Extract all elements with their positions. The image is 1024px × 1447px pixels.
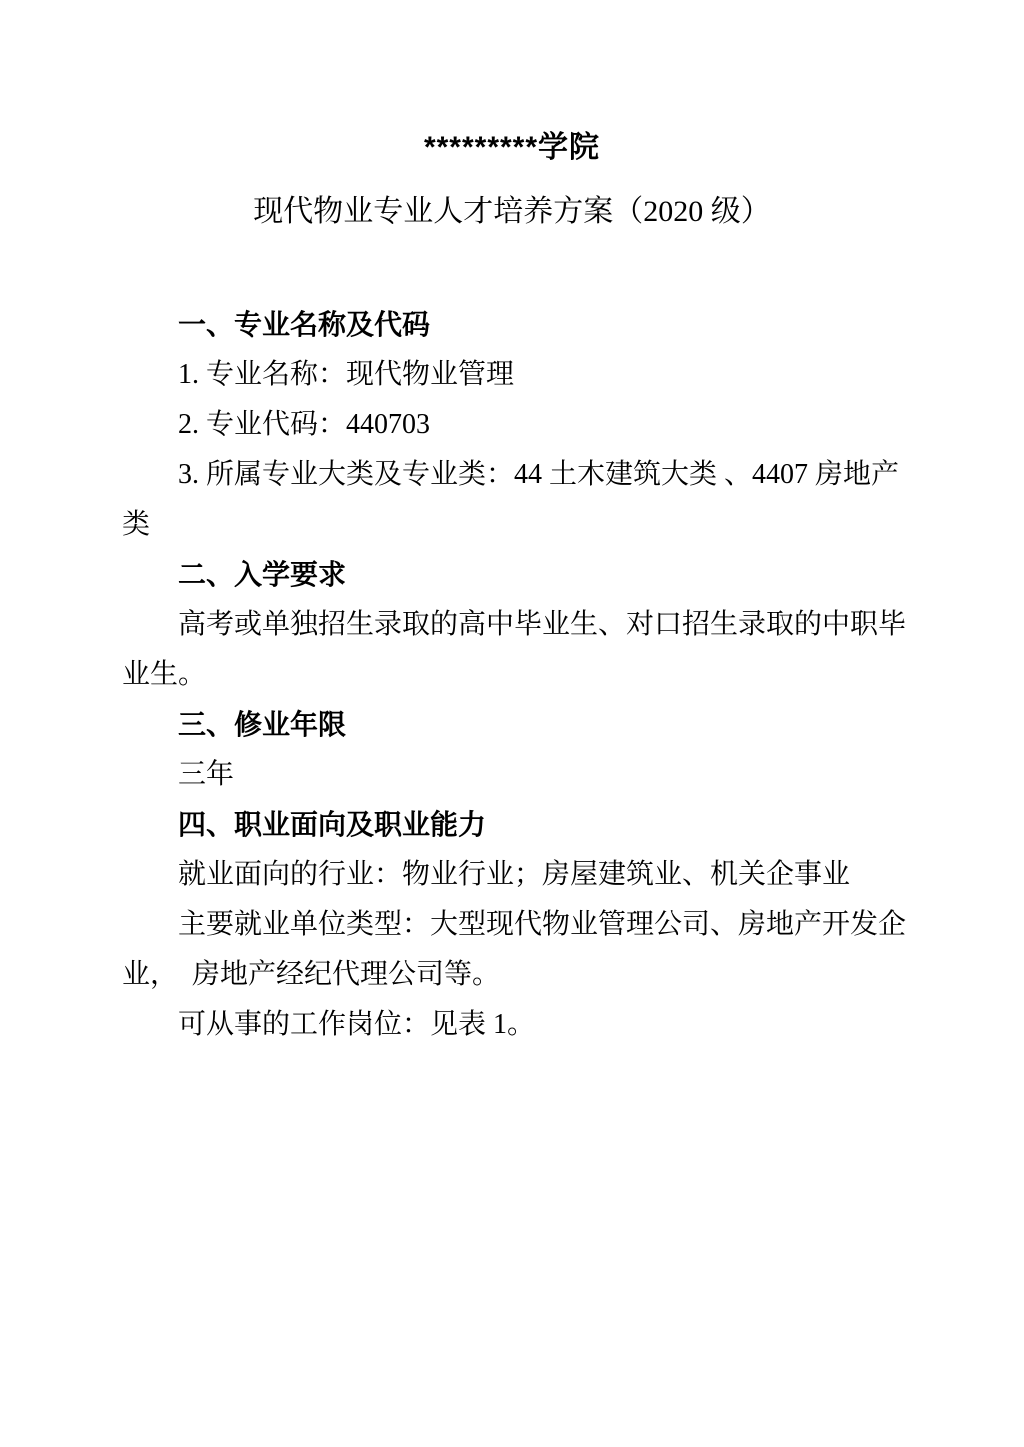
paragraph-employer-types-line1: 主要就业单位类型：大型现代物业管理公司、房地产开发企 <box>122 900 902 950</box>
section-heading-2: 二、入学要求 <box>122 550 902 600</box>
document-body: 一、专业名称及代码 1. 专业名称：现代物业管理 2. 专业代码：440703 … <box>122 300 902 1050</box>
paragraph-major-category-line2: 类 <box>122 500 902 550</box>
paragraph-major-code: 2. 专业代码：440703 <box>122 400 902 450</box>
paragraph-employment-industry: 就业面向的行业：物业行业；房屋建筑业、机关企事业 <box>122 850 902 900</box>
page-content: *********学院 现代物业专业人才培养方案（2020 级） 一、专业名称及… <box>0 0 1024 1447</box>
section-heading-3: 三、修业年限 <box>122 700 902 750</box>
section-heading-4: 四、职业面向及职业能力 <box>122 800 902 850</box>
paragraph-major-name: 1. 专业名称：现代物业管理 <box>122 350 902 400</box>
paragraph-study-duration: 三年 <box>122 750 902 800</box>
document-title: *********学院 <box>122 125 902 171</box>
document-subtitle: 现代物业专业人才培养方案（2020 级） <box>122 187 902 237</box>
paragraph-admission-line1: 高考或单独招生录取的高中毕业生、对口招生录取的中职毕 <box>122 600 902 650</box>
paragraph-job-positions: 可从事的工作岗位：见表 1。 <box>122 1000 902 1050</box>
paragraph-admission-line2: 业生。 <box>122 650 902 700</box>
section-heading-1: 一、专业名称及代码 <box>122 300 902 350</box>
document-page: *********学院 现代物业专业人才培养方案（2020 级） 一、专业名称及… <box>0 0 1024 1447</box>
paragraph-major-category-line1: 3. 所属专业大类及专业类：44 土木建筑大类 、4407 房地产 <box>122 450 902 500</box>
paragraph-employer-types-line2: 业， 房地产经纪代理公司等。 <box>122 950 902 1000</box>
